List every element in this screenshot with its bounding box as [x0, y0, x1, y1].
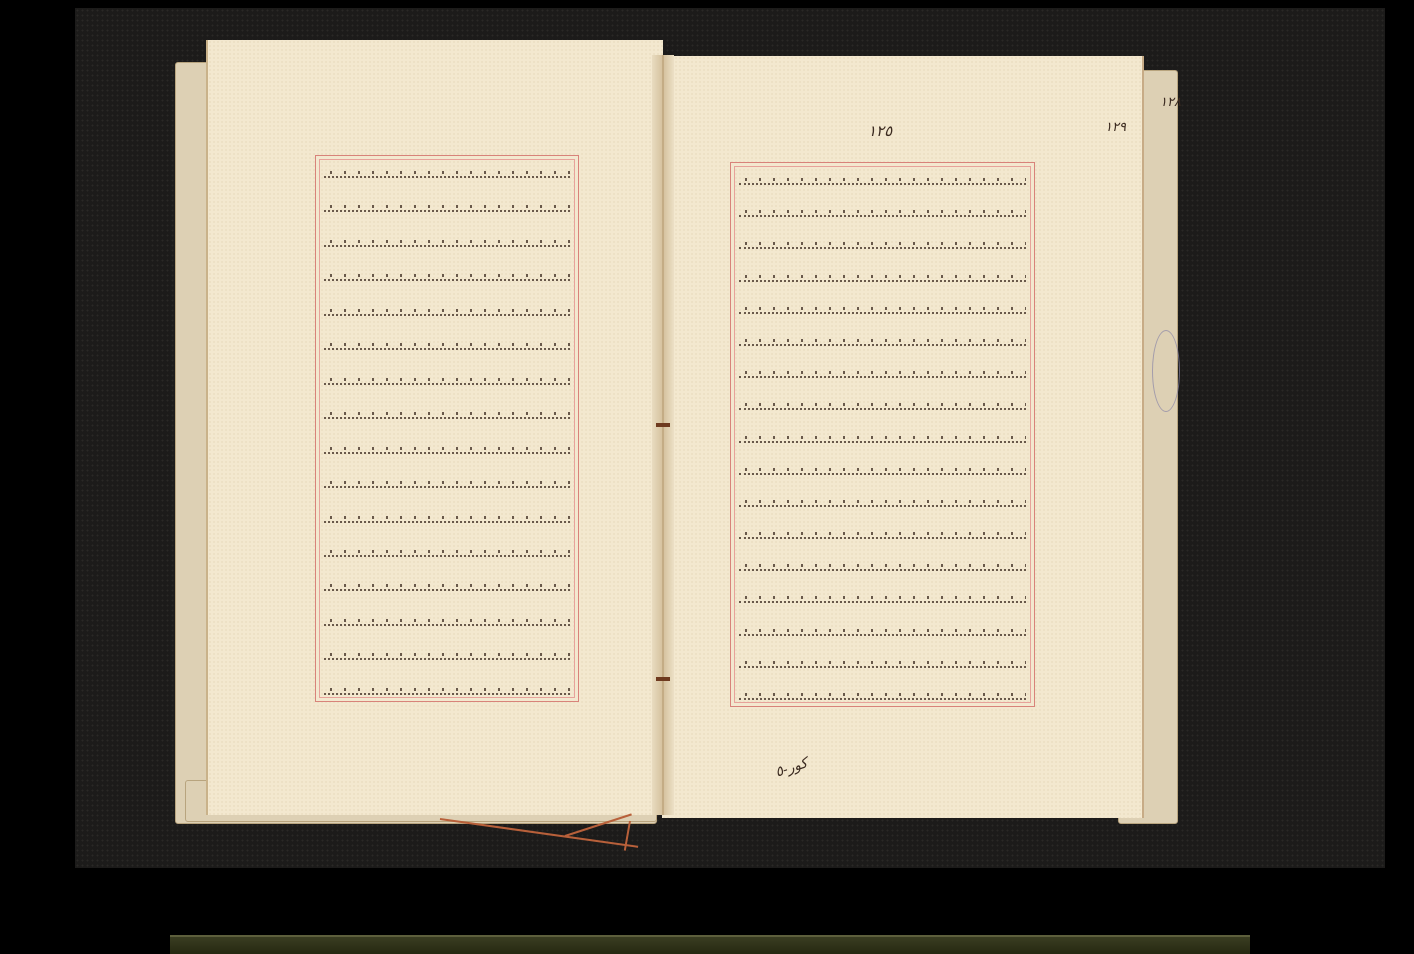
corner-numeral: ١٢٩ [1105, 120, 1126, 135]
text-line [739, 330, 1026, 346]
text-line [739, 620, 1026, 636]
text-line [324, 231, 570, 247]
text-line [324, 300, 570, 316]
text-line [324, 507, 570, 523]
text-line [739, 459, 1026, 475]
text-line [739, 266, 1026, 282]
text-line [739, 169, 1026, 185]
text-line [739, 362, 1026, 378]
text-line [739, 233, 1026, 249]
corner-numeral: ١٢٨ [1160, 95, 1181, 110]
text-line [324, 334, 570, 350]
text-line [324, 403, 570, 419]
text-line [739, 427, 1026, 443]
text-line [739, 491, 1026, 507]
text-line [739, 652, 1026, 668]
text-line [739, 587, 1026, 603]
binding-knot-top [656, 423, 670, 427]
text-line [324, 679, 570, 695]
text-line [324, 265, 570, 281]
text-line [739, 684, 1026, 700]
text-line [739, 555, 1026, 571]
left-text-lines [324, 162, 570, 695]
text-line [324, 575, 570, 591]
page-number: ١٢٥ [868, 122, 892, 140]
book-gutter [652, 55, 674, 815]
left-text-block [315, 155, 579, 702]
text-line [324, 162, 570, 178]
text-line [324, 438, 570, 454]
text-line [739, 298, 1026, 314]
text-line [739, 523, 1026, 539]
text-line [324, 472, 570, 488]
lightbox-edge [170, 935, 1250, 954]
text-line [324, 541, 570, 557]
library-stamp [1152, 330, 1180, 412]
text-line [324, 196, 570, 212]
text-line [739, 201, 1026, 217]
binding-knot-bottom [656, 677, 670, 681]
text-line [324, 644, 570, 660]
right-text-lines [739, 169, 1026, 700]
right-text-block [730, 162, 1035, 707]
text-line [739, 394, 1026, 410]
text-line [324, 610, 570, 626]
text-line [324, 369, 570, 385]
